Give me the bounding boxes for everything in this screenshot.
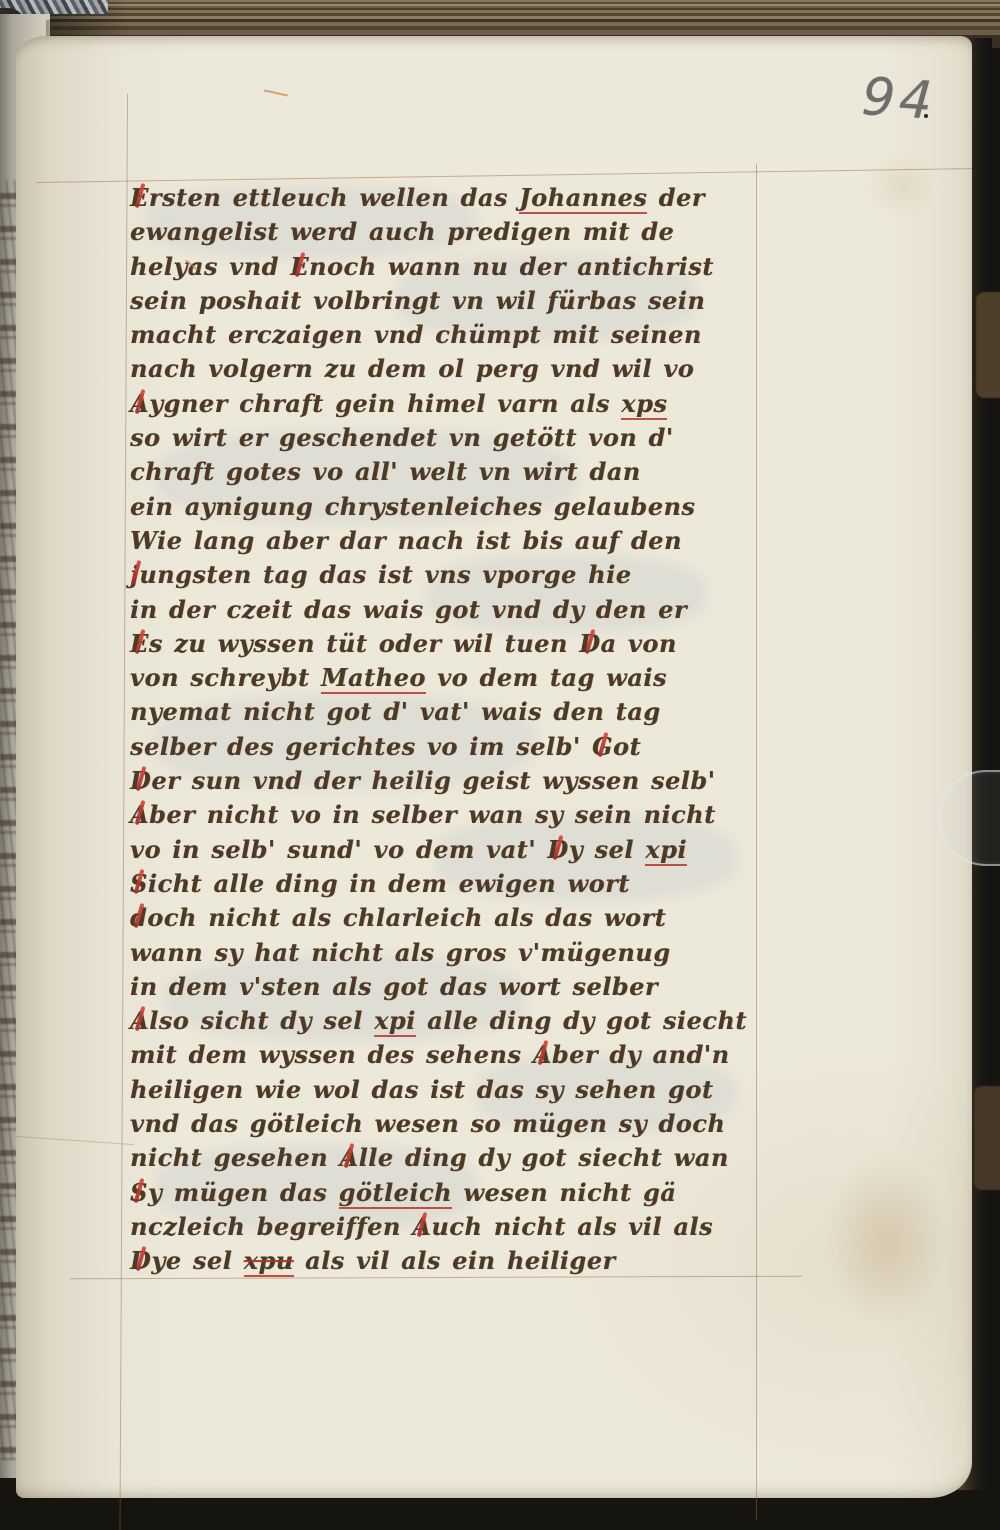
text-line: vnd das götleich wesen so mügen sy doch <box>130 1107 770 1141</box>
text-line: sein poshait volbringt vn wil fürbas sei… <box>130 284 770 318</box>
text-segment: von <box>617 629 677 658</box>
text-segment: sun vnd der heilig geist wyssen selb' <box>180 766 715 795</box>
text-segment: sel <box>583 835 645 864</box>
rubricated-word: Dy <box>547 835 583 864</box>
text-segment: wann sy hat nicht als gros v'mügenug <box>130 938 671 967</box>
text-segment: sein poshait volbringt vn wil fürbas sei… <box>130 286 705 315</box>
rubric-stroke-initial: S <box>130 867 148 901</box>
text-line: Wie lang aber dar nach ist bis auf den <box>130 524 770 558</box>
rubric-underlined-word: Johannes <box>519 183 647 214</box>
text-segment: nicht gesehen <box>130 1143 339 1172</box>
text-line: Dye sel xpu als vil als ein heiliger <box>130 1244 770 1278</box>
text-line: macht erczaigen vnd chümpt mit seinen <box>130 318 770 352</box>
text-line: selber des gerichtes vo im selb' Got <box>130 730 770 764</box>
text-segment: wann nu der antichrist <box>377 252 714 281</box>
text-segment: ding dy got siecht wan <box>394 1143 729 1172</box>
binding-tab-lower <box>974 1086 1000 1190</box>
text-segment: vo in selb' sund' vo dem vat' <box>130 835 547 864</box>
rubricated-word: Got <box>592 732 641 761</box>
rubric-stroke-initial: G <box>592 730 613 764</box>
text-segment: ettleuch wellen das <box>221 183 519 212</box>
text-segment: zu wyssen tüt oder wil tuen <box>163 629 579 658</box>
text-segment: Wie lang aber dar nach ist bis auf den <box>130 526 682 555</box>
text-segment: nicht vo in selber wan sy sein nicht <box>195 800 715 829</box>
rubricated-word: Enoch <box>290 252 376 281</box>
text-line: ewangelist werd auch predigen mit de <box>130 215 770 249</box>
text-segment: in dem v'sten als got das wort selber <box>130 972 658 1001</box>
text-segment: nicht als vil als <box>482 1212 713 1241</box>
rubric-stroke-initial: D <box>579 627 600 661</box>
text-segment: alle ding in dem ewigen wort <box>202 869 630 898</box>
text-line: nczleich begreiffen Auch nicht als vil a… <box>130 1210 770 1244</box>
text-segment: ewangelist werd auch predigen mit de <box>130 217 674 246</box>
text-segment: mügen das <box>162 1178 338 1207</box>
text-line: in der czeit das wais got vnd dy den er <box>130 593 770 627</box>
text-segment: helyas vnd <box>130 252 290 281</box>
rubricated-word: Also <box>130 1006 189 1035</box>
text-line: heiligen wie wol das ist das sy sehen go… <box>130 1073 770 1107</box>
text-segment: macht erczaigen vnd chümpt mit seinen <box>130 320 702 349</box>
rubricated-word: Der <box>130 766 180 795</box>
rubricated-word: Sy <box>130 1178 162 1207</box>
rubric-stroke-initial: D <box>547 833 568 867</box>
text-segment: alle ding dy got siecht <box>416 1006 747 1035</box>
rubric-stroke-initial: d <box>130 901 147 935</box>
text-line: nicht gesehen Alle ding dy got siecht wa… <box>130 1141 770 1175</box>
rubricated-word: Dye <box>130 1246 182 1275</box>
text-line: wann sy hat nicht als gros v'mügenug <box>130 936 770 970</box>
stain <box>866 156 936 216</box>
text-segment: in der czeit das wais got vnd dy den er <box>130 595 687 624</box>
rubricated-word: Alle <box>339 1143 393 1172</box>
rubricated-word: Da <box>579 629 616 658</box>
rubric-stroke-initial: E <box>130 181 149 215</box>
rubricated-word: Auch <box>412 1212 482 1241</box>
text-line: so wirt er geschendet vn getött von d' <box>130 421 770 455</box>
rubricated-word: Ersten <box>130 183 221 212</box>
text-line: Ersten ettleuch wellen das Johannes der <box>130 181 770 215</box>
text-segment: heiligen wie wol das ist das sy sehen go… <box>130 1075 713 1104</box>
text-segment: vo dem tag wais <box>426 663 667 692</box>
text-block: Ersten ettleuch wellen das Johannes dere… <box>130 181 770 1279</box>
text-segment: mit dem wyssen des sehens <box>130 1040 533 1069</box>
text-line: nach volgern zu dem ol perg vnd wil vo <box>130 352 770 386</box>
rubricated-word: jungsten <box>130 560 252 589</box>
text-segment: nach volgern zu dem ol perg vnd wil vo <box>130 354 694 383</box>
rubric-stroke-initial: A <box>412 1210 431 1244</box>
text-line: Der sun vnd der heilig geist wyssen selb… <box>130 764 770 798</box>
rubricated-word: Aber <box>130 800 195 829</box>
rubricated-word: Aber <box>533 1040 598 1069</box>
text-segment: nczleich begreiffen <box>130 1212 412 1241</box>
rubric-underlined-word: xpi <box>374 1006 416 1037</box>
rubricated-word: doch <box>130 903 197 932</box>
text-segment: nicht als chlarleich als das wort <box>197 903 666 932</box>
text-segment: so wirt er geschendet vn getött von d' <box>130 423 674 452</box>
stain <box>826 1156 946 1326</box>
text-line: Aygner chraft gein himel varn als xps <box>130 387 770 421</box>
ink-speck <box>924 114 928 118</box>
text-segment: chraft gotes vo all' welt vn wirt dan <box>130 457 641 486</box>
rubric-stroke-initial: A <box>339 1141 358 1175</box>
text-line: in dem v'sten als got das wort selber <box>130 970 770 1004</box>
rubric-stroke-initial: A <box>130 798 149 832</box>
text-line: helyas vnd Enoch wann nu der antichrist <box>130 250 770 284</box>
text-line: vo in selb' sund' vo dem vat' Dy sel xpi <box>130 833 770 867</box>
binding-tab-upper <box>976 292 1000 398</box>
rubric-stroke-initial: D <box>130 1244 151 1278</box>
text-segment: sicht dy sel <box>189 1006 374 1035</box>
manuscript-photo: 94 Ersten ettleuch wellen das Johannes d… <box>0 0 1000 1530</box>
text-line: Sy mügen das götleich wesen nicht gä <box>130 1176 770 1210</box>
text-segment: tag das ist vns vporge hie <box>252 560 632 589</box>
text-line: Also sicht dy sel xpi alle ding dy got s… <box>130 1004 770 1038</box>
rubric-stroke-initial: A <box>533 1038 552 1072</box>
text-line: Aber nicht vo in selber wan sy sein nich… <box>130 798 770 832</box>
rubricated-word: Es <box>130 629 163 658</box>
manuscript-page: 94 Ersten ettleuch wellen das Johannes d… <box>16 36 972 1498</box>
rubric-underlined-word: xps <box>621 389 667 420</box>
text-segment: nyemat nicht got d' vat' wais den tag <box>130 697 661 726</box>
rubric-stroke-initial: S <box>130 1176 148 1210</box>
text-segment: von schreybt <box>130 663 321 692</box>
rubric-underlined-word: Matheo <box>321 663 426 694</box>
rubric-stroke-initial: A <box>130 387 149 421</box>
text-line: Es zu wyssen tüt oder wil tuen Da von <box>130 627 770 661</box>
rubric-stroke-initial: E <box>290 250 309 284</box>
text-line: jungsten tag das ist vns vporge hie <box>130 558 770 592</box>
text-segment: dy and'n <box>598 1040 730 1069</box>
text-line: doch nicht als chlarleich als das wort <box>130 901 770 935</box>
rubric-underlined-word: xpi <box>645 835 687 866</box>
rubricated-word: Sicht <box>130 869 202 898</box>
rubric-stroke-initial: D <box>130 764 151 798</box>
text-segment: wesen nicht gä <box>452 1178 676 1207</box>
text-segment: ein aynigung chrystenleiches gelaubens <box>130 492 695 521</box>
text-segment: der <box>647 183 705 212</box>
text-segment: als vil als ein heiliger <box>294 1246 616 1275</box>
text-line: Sicht alle ding in dem ewigen wort <box>130 867 770 901</box>
text-line: von schreybt Matheo vo dem tag wais <box>130 661 770 695</box>
text-segment: vnd das götleich wesen so mügen sy doch <box>130 1109 725 1138</box>
folio-number: 94 <box>860 67 954 133</box>
rubric-stroke-initial: j <box>130 558 139 592</box>
rubric-underlined-word: xpu <box>244 1246 294 1277</box>
rubric-underlined-word: götleich <box>339 1178 452 1209</box>
ruling-line-left <box>119 94 128 1530</box>
scratch-mark <box>264 90 288 97</box>
rubric-stroke-initial: A <box>130 1004 149 1038</box>
rubricated-word: Aygner <box>130 389 228 418</box>
text-segment: chraft gein himel varn als <box>228 389 622 418</box>
text-line: mit dem wyssen des sehens Aber dy and'n <box>130 1038 770 1072</box>
text-segment: selber des gerichtes vo im selb' <box>130 732 592 761</box>
text-line: chraft gotes vo all' welt vn wirt dan <box>130 455 770 489</box>
text-segment: sel <box>182 1246 244 1275</box>
text-line: nyemat nicht got d' vat' wais den tag <box>130 695 770 729</box>
rubric-stroke-initial: E <box>130 627 149 661</box>
text-line: ein aynigung chrystenleiches gelaubens <box>130 490 770 524</box>
gutter-crease-line <box>16 1136 134 1145</box>
